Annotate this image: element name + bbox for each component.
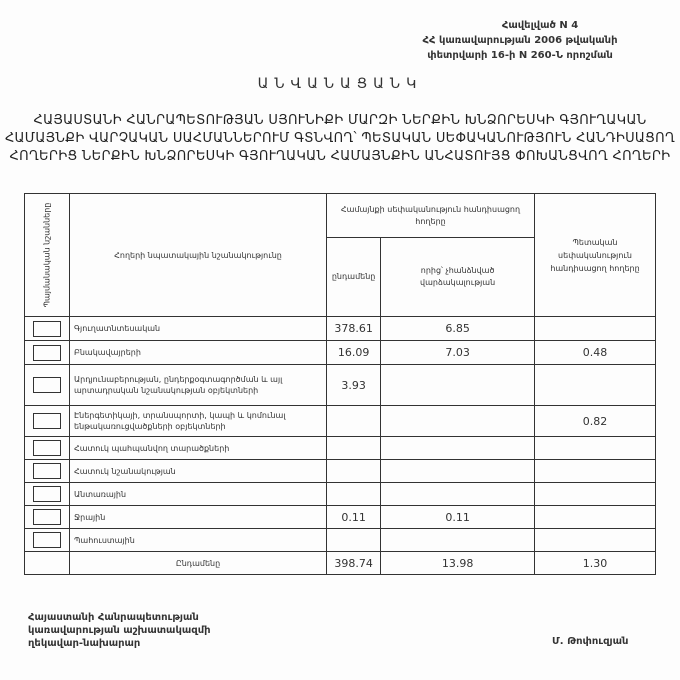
totals-of-which: 13.98	[381, 552, 535, 575]
symbol-cell	[25, 317, 70, 341]
legend-box-icon	[33, 486, 61, 502]
symbol-cell	[25, 406, 70, 437]
total-value	[327, 529, 381, 552]
annex-decree-date: փետրվարի 16-ի N 260-Ն որոշման	[400, 48, 640, 63]
header-symbols: Պայմանական նշանները	[25, 194, 70, 317]
land-category-label: Արդյունաբերության, ընդերքօգտագործման և ա…	[70, 365, 327, 406]
symbol-cell	[25, 483, 70, 506]
table-row: Հատուկ նշանակության	[25, 460, 656, 483]
legend-box-icon	[33, 345, 61, 361]
signatory-name: Մ. Թոփուզյան	[552, 636, 628, 647]
table-row: Անտառային	[25, 483, 656, 506]
symbol-cell	[25, 506, 70, 529]
legend-box-icon	[33, 413, 61, 429]
land-category-label: Ջրային	[70, 506, 327, 529]
symbol-cell	[25, 529, 70, 552]
table-row: Բնակավայրերի16.097.030.48	[25, 341, 656, 365]
total-value	[327, 437, 381, 460]
land-category-label: Պահուստային	[70, 529, 327, 552]
state-owned-value	[535, 506, 656, 529]
legend-box-icon	[33, 440, 61, 456]
table-row: Արդյունաբերության, ընդերքօգտագործման և ա…	[25, 365, 656, 406]
annex-reference: Հավելված N 4 ՀՀ կառավարության 2006 թվակա…	[400, 18, 640, 63]
total-value: 378.61	[327, 317, 381, 341]
legend-box-icon	[33, 532, 61, 548]
total-value	[327, 460, 381, 483]
table-row: Հատուկ պահպանվող տարածքների	[25, 437, 656, 460]
header-of-which: որից՝ չհանձնված վարձակալության	[381, 238, 535, 317]
land-category-label: Գյուղատնտեսական	[70, 317, 327, 341]
totals-total: 398.74	[327, 552, 381, 575]
annex-decree-line: ՀՀ կառավարության 2006 թվականի	[400, 33, 640, 48]
state-owned-value	[535, 529, 656, 552]
table-row: Պահուստային	[25, 529, 656, 552]
land-category-label: Հատուկ պահպանվող տարածքների	[70, 437, 327, 460]
document-subtitle: ՀԱՅԱՍՏԱՆԻ ՀԱՆՐԱՊԵՏՈՒԹՅԱՆ ՍՅՈՒՆԻՔԻ ՄԱՐԶԻ …	[0, 112, 680, 166]
of-which-value	[381, 529, 535, 552]
totals-symbol-cell	[25, 552, 70, 575]
table-row: Էներգետիկայի, տրանսպորտի, կապի և կոմունա…	[25, 406, 656, 437]
state-owned-value	[535, 365, 656, 406]
table-row: Ջրային0.110.11	[25, 506, 656, 529]
of-which-value	[381, 483, 535, 506]
legend-box-icon	[33, 463, 61, 479]
land-category-label: Բնակավայրերի	[70, 341, 327, 365]
land-category-label: Անտառային	[70, 483, 327, 506]
of-which-value	[381, 460, 535, 483]
total-value	[327, 483, 381, 506]
total-value: 3.93	[327, 365, 381, 406]
symbol-cell	[25, 365, 70, 406]
land-category-label: Էներգետիկայի, տրանսպորտի, կապի և կոմունա…	[70, 406, 327, 437]
state-owned-value	[535, 483, 656, 506]
totals-state-owned: 1.30	[535, 552, 656, 575]
header-state-owned: Պետական սեփականություն հանդիսացող հողերը	[535, 194, 656, 317]
of-which-value	[381, 437, 535, 460]
document-title: ԱՆՎԱՆԱՑԱՆԿ	[0, 76, 680, 92]
land-category-label: Հատուկ նշանակության	[70, 460, 327, 483]
totals-row: Ընդամենը 398.74 13.98 1.30	[25, 552, 656, 575]
state-owned-value	[535, 437, 656, 460]
legend-box-icon	[33, 509, 61, 525]
legend-box-icon	[33, 321, 61, 337]
annex-number: Հավելված N 4	[400, 18, 640, 33]
total-value: 0.11	[327, 506, 381, 529]
of-which-value	[381, 406, 535, 437]
state-owned-value: 0.48	[535, 341, 656, 365]
state-owned-value	[535, 460, 656, 483]
state-owned-value	[535, 317, 656, 341]
state-owned-value: 0.82	[535, 406, 656, 437]
total-value: 16.09	[327, 341, 381, 365]
table-row: Գյուղատնտեսական378.616.85	[25, 317, 656, 341]
totals-label: Ընդամենը	[70, 552, 327, 575]
land-balance-table: Պայմանական նշանները Հողերի նպատակային նշ…	[24, 193, 656, 575]
header-ownership-group: Համայնքի սեփականություն հանդիսացող հողեր…	[327, 194, 535, 238]
header-land-category: Հողերի նպատակային նշանակությունը	[70, 194, 327, 317]
of-which-value: 6.85	[381, 317, 535, 341]
symbol-cell	[25, 437, 70, 460]
of-which-value: 0.11	[381, 506, 535, 529]
header-total: ընդամենը	[327, 238, 381, 317]
of-which-value	[381, 365, 535, 406]
of-which-value: 7.03	[381, 341, 535, 365]
signatory-position: Հայաստանի Հանրապետության կառավարության ա…	[28, 611, 211, 650]
total-value	[327, 406, 381, 437]
symbol-cell	[25, 341, 70, 365]
symbol-cell	[25, 460, 70, 483]
legend-box-icon	[33, 377, 61, 393]
